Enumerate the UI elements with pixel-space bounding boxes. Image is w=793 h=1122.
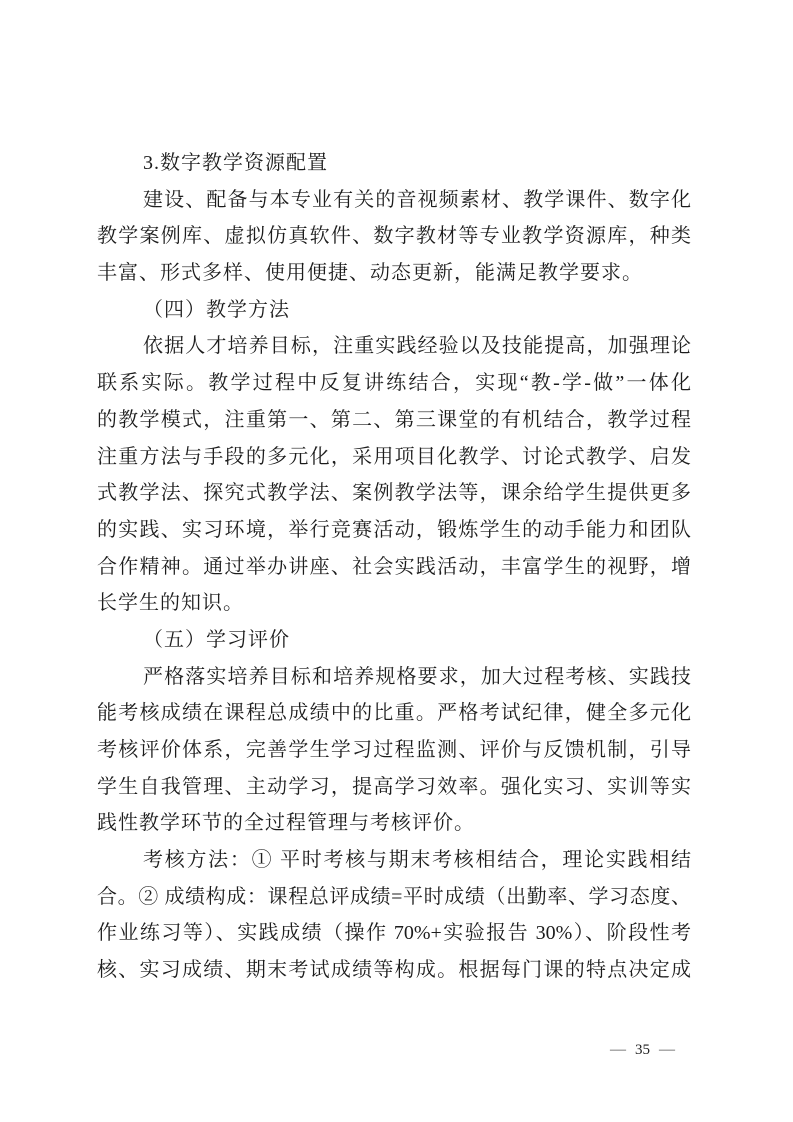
section-heading-teaching-methods: （四）教学方法	[97, 292, 691, 329]
body-text-line: 作业练习等）、实践成绩（操作 70%+实验报告 30%）、阶段性考	[97, 915, 691, 952]
body-text-line: 长学生的知识。	[97, 585, 691, 622]
document-page: 3.数字教学资源配置 建设、配备与本专业有关的音视频素材、教学课件、数字化 教学…	[0, 0, 793, 1122]
body-text-line: 合作精神。通过举办讲座、社会实践活动，丰富学生的视野，增	[97, 549, 691, 586]
footer-dash-left: —	[610, 1040, 626, 1060]
section-heading-learning-evaluation: （五）学习评价	[97, 622, 691, 659]
body-text-line: 联系实际。教学过程中反复讲练结合，实现“教-学-做”一体化	[97, 365, 691, 402]
body-text-line: 践性教学环节的全过程管理与考核评价。	[97, 805, 691, 842]
body-text-line: 能考核成绩在课程总成绩中的比重。严格考试纪律，健全多元化	[97, 695, 691, 732]
page-number: 35	[635, 1040, 650, 1060]
body-text-line: 丰富、形式多样、使用便捷、动态更新，能满足教学要求。	[97, 255, 691, 292]
body-text-line: 的教学模式，注重第一、第二、第三课堂的有机结合，教学过程	[97, 402, 691, 439]
body-text-line: 式教学法、探究式教学法、案例教学法等，课余给学生提供更多	[97, 475, 691, 512]
body-text-line: 严格落实培养目标和培养规格要求，加大过程考核、实践技	[97, 659, 691, 696]
page-footer: — 35 —	[610, 1040, 675, 1060]
body-text-line: 学生自我管理、主动学习，提高学习效率。强化实习、实训等实	[97, 769, 691, 806]
body-text-line: 注重方法与手段的多元化，采用项目化教学、讨论式教学、启发	[97, 439, 691, 476]
section-heading-digital-teaching-resources: 3.数字教学资源配置	[97, 145, 691, 182]
body-text-line: 建设、配备与本专业有关的音视频素材、教学课件、数字化	[97, 182, 691, 219]
body-text-line: 教学案例库、虚拟仿真软件、数字教材等专业教学资源库，种类	[97, 218, 691, 255]
body-text-line: 考核方法：① 平时考核与期末考核相结合，理论实践相结	[97, 842, 691, 879]
body-text-line: 依据人才培养目标，注重实践经验以及技能提高，加强理论	[97, 328, 691, 365]
document-body: 3.数字教学资源配置 建设、配备与本专业有关的音视频素材、教学课件、数字化 教学…	[97, 145, 691, 989]
body-text-line: 核、实习成绩、期末考试成绩等构成。根据每门课的特点决定成	[97, 952, 691, 989]
body-text-line: 合。② 成绩构成：课程总评成绩=平时成绩（出勤率、学习态度、	[97, 879, 691, 916]
body-text-line: 考核评价体系，完善学生学习过程监测、评价与反馈机制，引导	[97, 732, 691, 769]
body-text-line: 的实践、实习环境，举行竞赛活动，锻炼学生的动手能力和团队	[97, 512, 691, 549]
footer-dash-right: —	[659, 1040, 675, 1060]
